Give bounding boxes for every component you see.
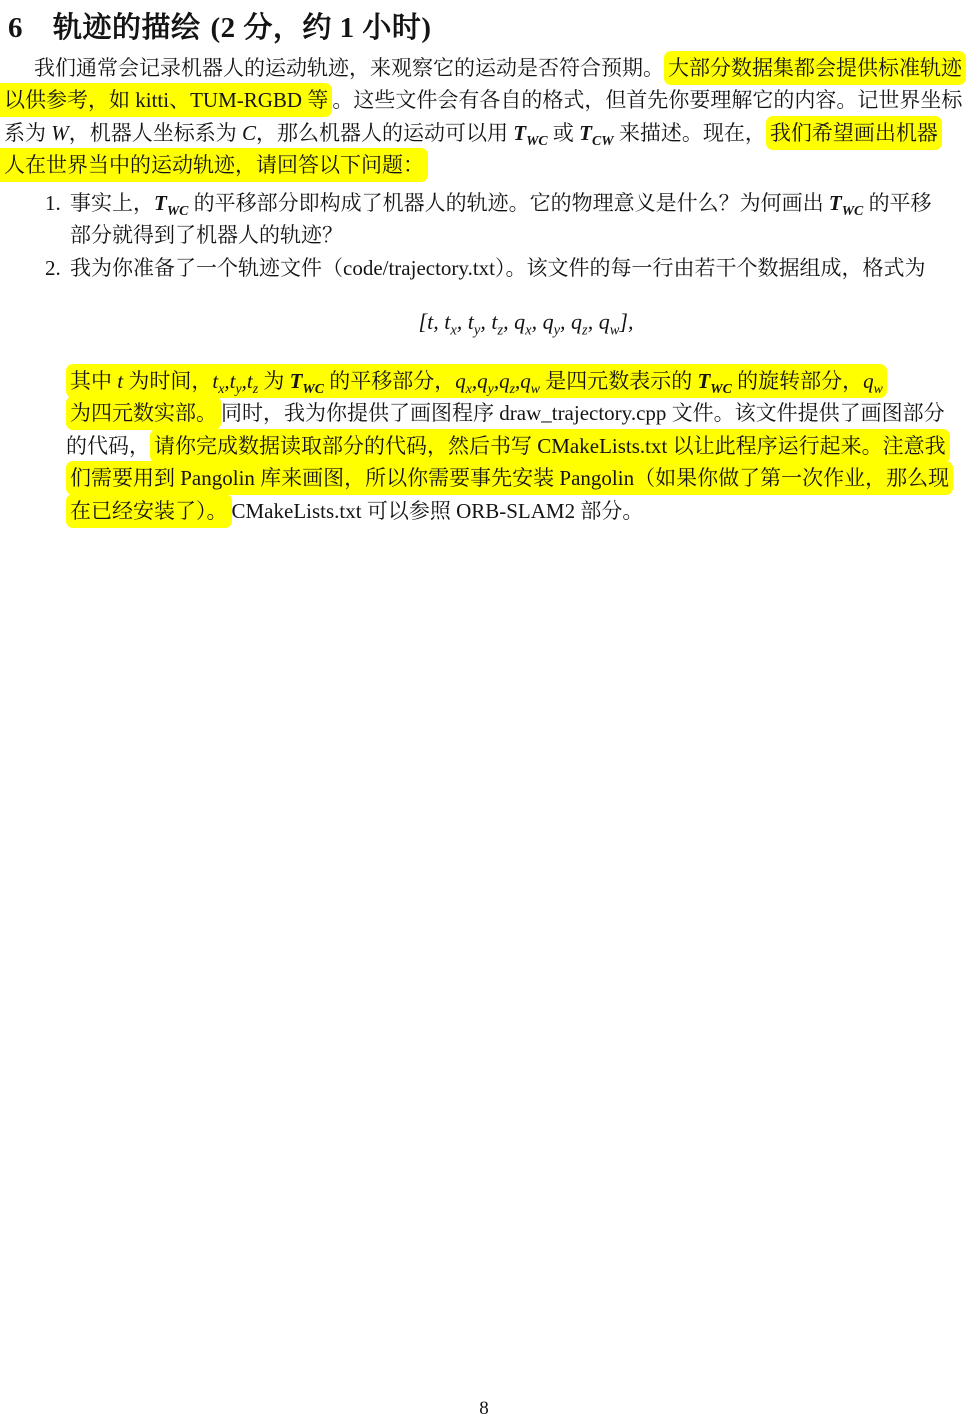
highlight: 请你完成数据读取部分的代码，然后书写 CMakeLists.txt 以让此程序运…: [150, 429, 950, 463]
list-item-2-line1: 2.我为你准备了一个轨迹文件（code/trajectory.txt）。该文件的…: [70, 252, 925, 284]
text-segment: 人在世界当中的运动轨迹，请回答以下问题：: [4, 153, 424, 177]
text-segment: 为四元数实部。: [70, 401, 217, 425]
math-transform-symbol: TWC: [697, 369, 731, 393]
paragraph1-line2: 以供参考，如 kitti、TUM-RGBD 等。这些文件会有各自的格式，但首先你…: [4, 84, 962, 116]
math-transform-symbol: TCW: [579, 121, 613, 145]
math-variable: W: [51, 121, 69, 145]
list-item-1-line2: 部分就得到了机器人的轨迹？: [70, 219, 343, 251]
paragraph1-line4: 人在世界当中的运动轨迹，请回答以下问题：: [4, 149, 428, 181]
highlight: 人在世界当中的运动轨迹，请回答以下问题：: [0, 148, 428, 182]
text-segment: 部分就得到了机器人的轨迹？: [70, 223, 343, 247]
section-number: 6: [8, 12, 23, 44]
math-variable: qx,qy,qz,qw: [455, 369, 540, 393]
text-segment: 的旋转部分，: [732, 369, 863, 393]
text-segment: 事实上，: [70, 191, 154, 215]
section-points: (2 分，约 1 小时): [211, 12, 432, 44]
text-segment: ，那么机器人的运动可以用: [256, 121, 513, 145]
text-segment: 我们希望画出机器: [770, 121, 938, 145]
highlight: 在已经安装了）。: [66, 494, 232, 528]
highlight: 为四元数实部。: [66, 396, 221, 430]
text-segment: ，机器人坐标系为: [69, 121, 242, 145]
text-segment: 同时，我为你提供了画图程序 draw_trajectory.cpp 文件。该文件…: [221, 401, 945, 425]
text-segment: 为时间，: [123, 369, 212, 393]
list-marker: 2.: [45, 252, 61, 284]
text-segment: 的代码，: [66, 434, 150, 458]
text-segment: 们需要用到 Pangolin 库来画图，所以你需要事先安装 Pangolin（如…: [70, 466, 949, 490]
math-variable: [t, tx, ty, tz, qx, qy, qz, qw],: [419, 309, 634, 334]
text-segment: 的平移部分即构成了机器人的轨迹。它的物理意义是什么？为何画出: [188, 191, 829, 215]
highlight: 以供参考，如 kitti、TUM-RGBD 等: [0, 83, 332, 117]
text-segment: 是四元数表示的: [540, 369, 698, 393]
list-item-2-line3: 为四元数实部。同时，我为你提供了画图程序 draw_trajectory.cpp…: [66, 397, 945, 429]
text-segment: 我为你准备了一个轨迹文件（code/trajectory.txt）。该文件的每一…: [70, 256, 925, 280]
list-item-2-line2: 其中 t 为时间，tx,ty,tz 为 TWC 的平移部分，qx,qy,qz,q…: [66, 365, 887, 397]
highlight: 其中 t 为时间，tx,ty,tz 为 TWC 的平移部分，qx,qy,qz,q…: [66, 364, 887, 398]
highlight: 们需要用到 Pangolin 库来画图，所以你需要事先安装 Pangolin（如…: [66, 461, 953, 495]
text-segment: 在已经安装了）。: [70, 499, 228, 523]
text-segment: CMakeLists.txt 可以参照 ORB-SLAM2 部分。: [232, 499, 644, 523]
math-transform-symbol: TWC: [290, 369, 324, 393]
text-segment: 系为: [4, 121, 51, 145]
math-transform-symbol: TWC: [154, 191, 188, 215]
math-variable: qw: [863, 369, 883, 393]
text-segment: 。这些文件会有各自的格式，但首先你要理解它的内容。记世界坐标: [332, 88, 962, 112]
section-heading: 6轨迹的描绘(2 分，约 1 小时): [8, 5, 432, 46]
document-page: 6轨迹的描绘(2 分，约 1 小时) 我们通常会记录机器人的运动轨迹，来观察它的…: [0, 0, 968, 1423]
highlight: 大部分数据集都会提供标准轨迹: [664, 51, 966, 85]
list-item-2-line4: 的代码，请你完成数据读取部分的代码，然后书写 CMakeLists.txt 以让…: [66, 430, 950, 462]
math-transform-symbol: TWC: [513, 121, 547, 145]
text-segment: 的平移: [863, 191, 931, 215]
text-segment: 或: [548, 121, 580, 145]
text-segment: 的平移部分，: [324, 369, 455, 393]
paragraph1-line1: 我们通常会记录机器人的运动轨迹，来观察它的运动是否符合预期。大部分数据集都会提供…: [34, 52, 966, 84]
text-segment: 以供参考，如 kitti、TUM-RGBD 等: [4, 88, 328, 112]
math-variable: C: [242, 121, 256, 145]
paragraph1-line3: 系为 W，机器人坐标系为 C，那么机器人的运动可以用 TWC 或 TCW 来描述…: [4, 117, 942, 149]
text-segment: 我们通常会记录机器人的运动轨迹，来观察它的运动是否符合预期。: [34, 56, 664, 80]
math-transform-symbol: TWC: [829, 191, 863, 215]
page-number: 8: [0, 1396, 968, 1422]
highlight: 我们希望画出机器: [766, 116, 942, 150]
text-segment: 为: [258, 369, 290, 393]
text-segment: 来描述。现在，: [614, 121, 766, 145]
trajectory-format-formula: [t, tx, ty, tz, qx, qy, qz, qw],: [42, 306, 968, 338]
list-marker: 1.: [45, 187, 61, 219]
list-item-1-line1: 1.事实上，TWC 的平移部分即构成了机器人的轨迹。它的物理意义是什么？为何画出…: [70, 187, 932, 219]
text-segment: 请你完成数据读取部分的代码，然后书写 CMakeLists.txt 以让此程序运…: [154, 434, 946, 458]
list-item-2-line5: 们需要用到 Pangolin 库来画图，所以你需要事先安装 Pangolin（如…: [66, 462, 953, 494]
text-segment: 其中: [70, 369, 117, 393]
list-item-2-line6: 在已经安装了）。CMakeLists.txt 可以参照 ORB-SLAM2 部分…: [66, 495, 643, 527]
math-variable: tx,ty,tz: [212, 369, 258, 393]
text-segment: 大部分数据集都会提供标准轨迹: [668, 56, 962, 80]
section-title: 轨迹的描绘: [53, 12, 201, 44]
